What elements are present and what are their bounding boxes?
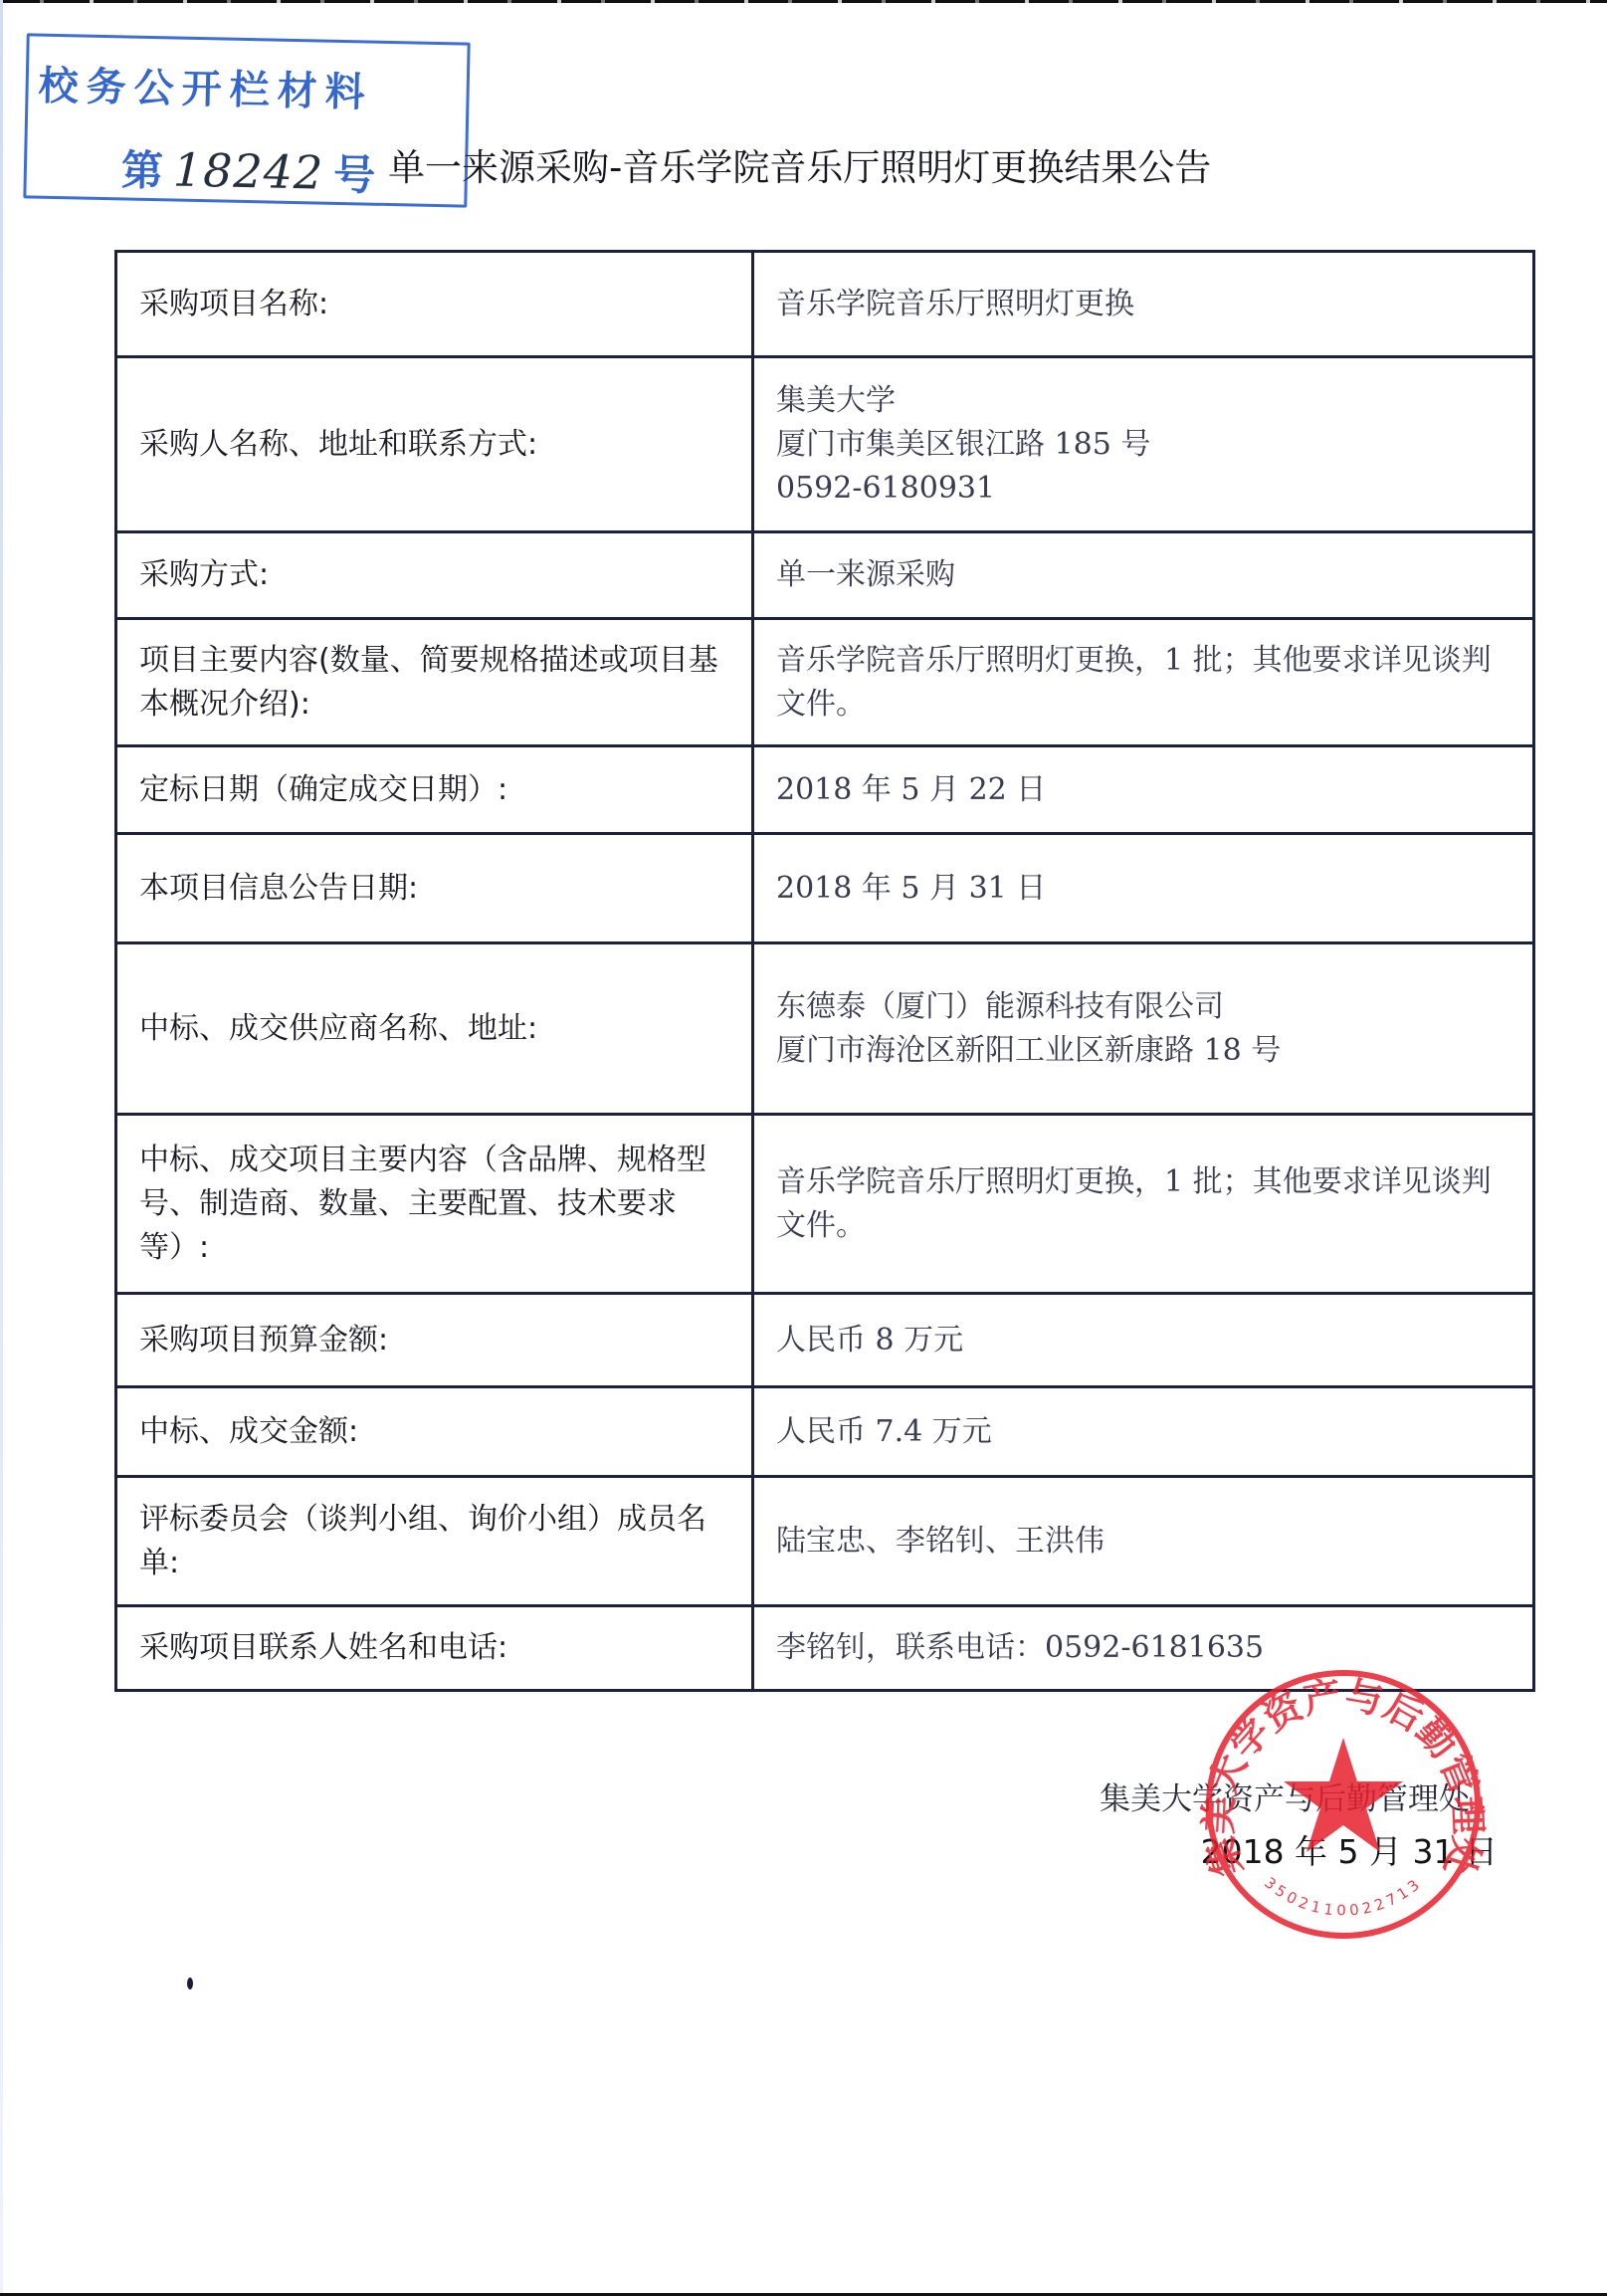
stamp-title: 校务公开栏材料 (38, 55, 373, 118)
table-row: 中标、成交金额: 人民币 7.4 万元 (116, 1387, 1534, 1477)
stamp-number-line: 第 18242 号 (120, 137, 376, 202)
table-row: 采购项目联系人姓名和电话: 李铭钊，联系电话：0592-6181635 (116, 1606, 1534, 1691)
table-row: 定标日期（确定成交日期）: 2018 年 5 月 22 日 (116, 746, 1534, 834)
row-label: 采购项目联系人姓名和电话: (116, 1606, 753, 1691)
table-row: 中标、成交供应商名称、地址: 东德泰（厦门）能源科技有限公司 厦门市海沧区新阳工… (116, 943, 1534, 1115)
row-value: 2018 年 5 月 22 日 (753, 746, 1534, 834)
signature-block: 集美大学资产与后勤管理处 2018 年 5 月 31 日 (1100, 1774, 1517, 1873)
scan-speck (187, 1978, 193, 1989)
table-row: 采购项目预算金额: 人民币 8 万元 (116, 1294, 1534, 1387)
row-label: 采购项目名称: (116, 252, 753, 357)
purchaser-name: 集美大学 (776, 379, 1510, 423)
row-label: 采购方式: (116, 532, 753, 619)
row-value: 人民币 7.4 万元 (753, 1387, 1534, 1477)
row-label: 采购人名称、地址和联系方式: (116, 357, 753, 532)
row-value: 音乐学院音乐厅照明灯更换，1 批；其他要求详见谈判文件。 (753, 619, 1534, 746)
stamp-number: 18242 (172, 142, 323, 199)
purchaser-address: 厦门市集美区银江路 185 号 (776, 423, 1510, 467)
table-row: 评标委员会（谈判小组、询价小组）成员名单: 陆宝忠、李铭钊、王洪伟 (116, 1477, 1534, 1606)
document-title: 单一来源采购-音乐学院音乐厅照明灯更换结果公告 (388, 137, 1211, 191)
table-row: 采购方式: 单一来源采购 (116, 532, 1534, 619)
row-label: 中标、成交供应商名称、地址: (116, 943, 753, 1115)
row-value: 音乐学院音乐厅照明灯更换 (753, 252, 1534, 357)
row-value: 音乐学院音乐厅照明灯更换，1 批；其他要求详见谈判文件。 (753, 1115, 1534, 1294)
row-label: 采购项目预算金额: (116, 1294, 753, 1387)
supplier-name: 东德泰（厦门）能源科技有限公司 (776, 985, 1510, 1029)
row-value: 集美大学 厦门市集美区银江路 185 号 0592-6180931 (753, 357, 1534, 532)
table-row: 采购人名称、地址和联系方式: 集美大学 厦门市集美区银江路 185 号 0592… (116, 357, 1534, 532)
stamp-prefix: 第 (120, 137, 163, 198)
row-label: 中标、成交金额: (116, 1387, 753, 1477)
row-value: 人民币 8 万元 (753, 1294, 1534, 1387)
table-row: 本项目信息公告日期: 2018 年 5 月 31 日 (116, 834, 1534, 943)
announcement-table: 采购项目名称: 音乐学院音乐厅照明灯更换 采购人名称、地址和联系方式: 集美大学… (114, 250, 1535, 1692)
stamp-suffix: 号 (333, 142, 376, 203)
row-label: 项目主要内容(数量、简要规格描述或项目基本概况介绍): (116, 619, 753, 746)
purchaser-phone: 0592-6180931 (776, 467, 1510, 511)
row-value: 东德泰（厦门）能源科技有限公司 厦门市海沧区新阳工业区新康路 18 号 (753, 943, 1534, 1115)
scan-left-edge (0, 0, 3, 2296)
row-label: 定标日期（确定成交日期）: (116, 746, 753, 834)
row-value: 2018 年 5 月 31 日 (753, 834, 1534, 943)
row-label: 本项目信息公告日期: (116, 834, 753, 943)
row-value: 李铭钊，联系电话：0592-6181635 (753, 1606, 1534, 1691)
supplier-address: 厦门市海沧区新阳工业区新康路 18 号 (776, 1029, 1510, 1073)
scan-top-edge (0, 0, 1607, 3)
table-row: 采购项目名称: 音乐学院音乐厅照明灯更换 (116, 252, 1534, 357)
row-value: 单一来源采购 (753, 532, 1534, 619)
table-row: 中标、成交项目主要内容（含品牌、规格型号、制造商、数量、主要配置、技术要求等）:… (116, 1115, 1534, 1294)
svg-text:3502110022713: 3502110022713 (1261, 1874, 1426, 1920)
table-row: 项目主要内容(数量、简要规格描述或项目基本概况介绍): 音乐学院音乐厅照明灯更换… (116, 619, 1534, 746)
row-label: 评标委员会（谈判小组、询价小组）成员名单: (116, 1477, 753, 1606)
issuing-organization: 集美大学资产与后勤管理处 (1100, 1774, 1517, 1818)
signature-date: 2018 年 5 月 31 日 (1100, 1826, 1517, 1873)
row-label: 中标、成交项目主要内容（含品牌、规格型号、制造商、数量、主要配置、技术要求等）: (116, 1115, 753, 1294)
row-value: 陆宝忠、李铭钊、王洪伟 (753, 1477, 1534, 1606)
